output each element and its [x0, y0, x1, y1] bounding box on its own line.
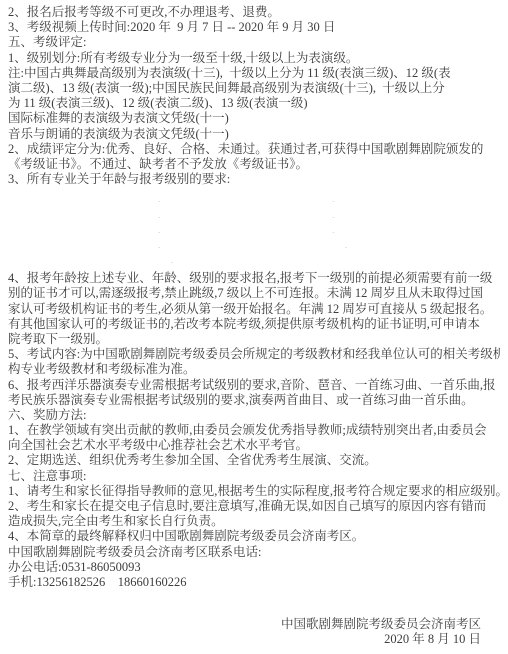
text-line: 演二级)、13 级(表演一级);中国民族民间舞最高级别为表演级(十三), 十级以… [8, 81, 500, 96]
age-requirements-table: 四周岁可报考 1 级五周岁可报考 1—3 级 六周岁可报考 1—4 级七周岁可报… [8, 187, 500, 263]
text-line: 国际标准舞的表演级为表演文凭级(十一) [8, 111, 500, 126]
text-line: 有其他国家认可的考级证书的,若改考本院考级,须提供原考级机构的证书证明,可申请本 [8, 317, 500, 332]
section-rewards-heading: 六、奖励方法: [8, 408, 500, 423]
text-line: 2、定期选送、组织优秀考生参加全国、全省优秀考生展演、交流。 [8, 453, 500, 468]
text-line: 考民族乐器演奏专业需根据考试级别的要求,演奏两首曲目、或一首练习曲一首乐曲。 [8, 393, 500, 408]
text-line: 6、报考西洋乐器演奏专业需根据考试级别的要求,音阶、琶音、一首练习曲、一首乐曲,… [8, 378, 500, 393]
section-notes-heading: 七、注意事项: [8, 469, 500, 484]
text-line: 2、报名后报考等级不可更改,不办理退考、退费。 [8, 5, 500, 20]
office-phone-line: 办公电话:0531-86050093 [8, 560, 500, 575]
text-line: 《考级证书》。不通过、缺考者不予发放《考级证书》。 [8, 157, 500, 172]
signature-org: 中国歌剧舞剧院考级委员会济南考区 [8, 617, 481, 632]
signature-date: 2020 年 8 月 10 日 [8, 632, 481, 647]
text-line: 为 11 级(表演三级)、12 级(表演二级)、13 级(表演一级) [8, 96, 500, 111]
text-line: 院考取下一级别。 [8, 332, 500, 347]
text-line: 1、请考生和家长征得指导教师的意见,根据考生的实际程度,报考符合规定要求的相应级… [8, 484, 500, 499]
text-line: 1、在教学领域有突出贡献的教师,由委员会颁发优秀指导教师;成绩特别突出者,由委员… [8, 423, 500, 438]
age-table-row: 十周岁可报考 9 级十一周岁可报考 10 级 [88, 233, 500, 248]
contact-heading-line: 中国歌剧舞剧院考级委员会济南考区联系电话: [8, 545, 500, 560]
text-line: 构专业考级教材和考级标准为准。 [8, 362, 500, 377]
section-grading-heading: 五、考级评定: [8, 35, 500, 50]
signature-block: 中国歌剧舞剧院考级委员会济南考区 2020 年 8 月 10 日 [8, 617, 500, 647]
blank-spacer [8, 263, 500, 271]
age-table-row: 十二周岁可报考表演级 [88, 248, 500, 263]
text-line: 1、级别划分:所有考级专业分为一级至十级,十级以上为表演级。 [8, 51, 500, 66]
age-table-row: 六周岁可报考 1—4 级七周岁可报考 1—6 级 [88, 202, 500, 217]
text-line: 造成损失,完全由考生和家长自行负责。 [8, 514, 500, 529]
mobile-phone-line: 手机:13256182526 18660160226 [8, 575, 500, 590]
text-line: 5、考试内容:为中国歌剧舞剧院考级委员会所规定的考级教材和经我单位认可的相关考级… [8, 347, 500, 362]
text-line: 向全国社会艺术水平考级中心推荐社会艺术水平考官。 [8, 438, 500, 453]
text-line: 别的证书才可以,需逐级报考,禁止跳级,7 级以上不可连报。未满 12 周岁且从未… [8, 286, 500, 301]
age-table-row: 八周岁可报考 1—7 级九周岁可报考 8 级 [88, 218, 500, 233]
text-line: 2、考生和家长在提交电子信息时,要注意填写,准确无误,如因自己填写的原因内容有错… [8, 499, 500, 514]
text-line: 4、本简章的最终解释权归中国歌剧舞剧院考级委员会济南考区。 [8, 529, 500, 544]
notice-document: 2、报名后报考等级不可更改,不办理退考、退费。 3、考级视频上传时间:2020 … [0, 0, 508, 654]
text-line: 3、所有专业关于年龄与报考级别的要求: [8, 172, 500, 187]
text-line: 2、成绩评定分为:优秀、良好、合格、未通过。获通过者,可获得中国歌剧舞剧院颁发的 [8, 142, 500, 157]
age-table-row: 四周岁可报考 1 级五周岁可报考 1—3 级 [88, 187, 500, 202]
text-line: 4、报考年龄按上述专业、年龄、级别的要求报名,报考下一级别的前提必须需要有前一级 [8, 271, 500, 286]
text-line: 音乐与朗诵的表演级为表演文凭级(十一) [8, 127, 500, 142]
text-line: 3、考级视频上传时间:2020 年 9 月 7 日 -- 2020 年 9 月 … [8, 20, 500, 35]
text-line: 注:中国古典舞最高级别为表演级(十三), 十级以上分为 11 级(表演三级)、1… [8, 66, 500, 81]
text-line: 家认可考级机构证书的考生,必须从第一级开始报名。年满 12 周岁可直接从 5 级… [8, 302, 500, 317]
